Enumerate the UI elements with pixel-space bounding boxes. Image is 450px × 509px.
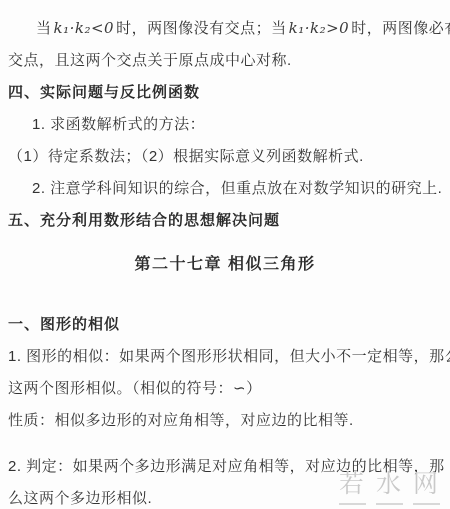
similarity-definition-line1: 1. 图形的相似：如果两个图形形状相同，但大小不一定相等，那么 [8,341,442,373]
text-segment: 当 [36,20,52,37]
similarity-property: 性质：相似多边形的对应角相等，对应边的比相等. [8,405,442,437]
watermark-char: 网 [413,464,440,505]
formula-k1k2-negative: k₁·k₂<0 [52,19,117,37]
section-heading-one: 一、图形的相似 [8,309,442,341]
section-heading-five: 五、充分利用数形结合的思想解决问题 [8,205,442,237]
method-item-1: 1. 求函数解析式的方法： [8,109,442,141]
watermark-char: 若 [339,464,366,505]
method-item-2: 2. 注意学科间知识的综合，但重点放在对数学知识的研究上. [8,173,442,205]
paragraph-intersection-line1: 当k₁·k₂<0时，两图像没有交点；当k₁·k₂>0时，两图像必有两个 [8,12,442,45]
chapter-title: 第二十七章 相似三角形 [8,249,442,281]
method-item-1-sub: （1）待定系数法；（2）根据实际意义列函数解析式. [8,141,442,173]
watermark-char: 水 [376,464,403,505]
similarity-definition-line2: 这两个图形相似。（相似的符号：∽） [8,373,442,405]
text-segment: 时，两图像没有交点；当 [116,20,287,37]
formula-k1k2-positive: k₁·k₂>0 [287,19,352,37]
section-heading-four: 四、实际问题与反比例函数 [8,77,442,109]
text-segment: 时，两图像必有两个 [351,20,450,37]
paragraph-intersection-line2: 交点，且这两个交点关于原点成中心对称. [8,45,442,77]
document-page: 当k₁·k₂<0时，两图像没有交点；当k₁·k₂>0时，两图像必有两个 交点，且… [0,0,450,509]
watermark-ruoshui-logo: 若水网 [329,464,440,505]
